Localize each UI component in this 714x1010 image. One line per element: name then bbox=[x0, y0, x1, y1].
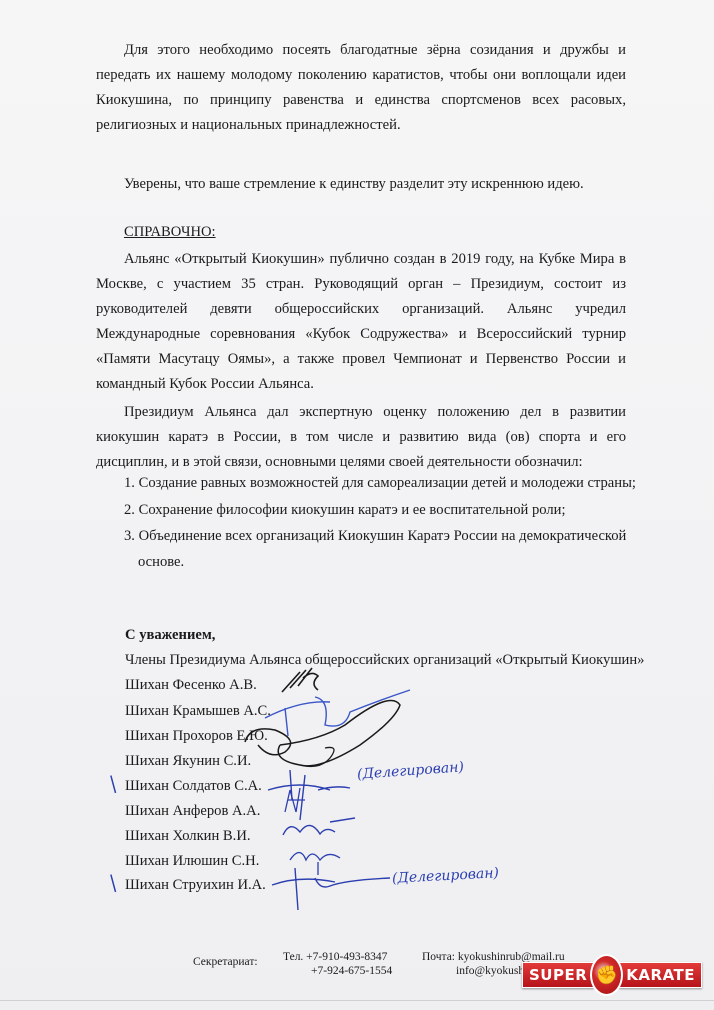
signatory-name: Шихан Холкин В.И. bbox=[125, 828, 251, 845]
watermark-left-text: SUPER bbox=[522, 962, 594, 988]
signatory-name: Шихан Крамышев А.С. bbox=[125, 703, 271, 720]
phone-2: +7-924-675-1554 bbox=[311, 964, 392, 978]
page-bottom-edge bbox=[0, 1000, 714, 1001]
signatory-name: Шихан Илюшин С.Н. bbox=[125, 853, 259, 870]
superkarate-watermark: SUPER ✊ KARATE bbox=[522, 960, 702, 990]
handwritten-tick-icon: | bbox=[107, 872, 118, 894]
signatory-name: Шихан Анферов А.А. bbox=[125, 803, 260, 820]
reference-paragraph: Альянс «Открытый Киокушин» публично созд… bbox=[96, 247, 626, 397]
signatories-title: Члены Президиума Альянса общероссийских … bbox=[125, 652, 644, 669]
goal-item-3-cont: основе. bbox=[138, 554, 184, 571]
goal-item-2: 2. Сохранение философии киокушин каратэ … bbox=[124, 502, 566, 519]
fist-icon: ✊ bbox=[590, 954, 623, 996]
handwritten-note: (Делегирован) bbox=[357, 759, 465, 782]
secretariat-label: Секретариат: bbox=[193, 955, 258, 969]
watermark-right-text: KARATE bbox=[619, 962, 702, 988]
document-page: Для этого необходимо посеять благодатные… bbox=[0, 0, 714, 1010]
presidium-paragraph: Президиум Альянса дал экспертную оценку … bbox=[96, 400, 626, 475]
signatory-name: Шихан Якунин С.И. bbox=[125, 753, 251, 770]
intro-paragraph-1: Для этого необходимо посеять благодатные… bbox=[96, 38, 626, 138]
handwritten-tick-icon: | bbox=[107, 773, 118, 795]
intro-paragraph-2: Уверены, что ваше стремление к единству … bbox=[96, 172, 626, 197]
goal-item-1: 1. Создание равных возможностей для само… bbox=[124, 475, 636, 492]
goal-item-3: 3. Объединение всех организаций Киокушин… bbox=[124, 528, 626, 545]
salutation: С уважением, bbox=[125, 627, 215, 644]
reference-heading: СПРАВОЧНО: bbox=[124, 224, 216, 241]
signatory-name: Шихан Прохоров Е.Ю. bbox=[125, 728, 268, 745]
handwritten-note: (Делегирован) bbox=[392, 865, 500, 887]
signatory-name: Шихан Фесенко А.В. bbox=[125, 677, 257, 694]
signatory-name: Шихан Струихин И.А. bbox=[125, 877, 266, 894]
signatory-name: Шихан Солдатов С.А. bbox=[125, 778, 262, 795]
phone-1: Тел. +7-910-493-8347 bbox=[283, 950, 387, 964]
